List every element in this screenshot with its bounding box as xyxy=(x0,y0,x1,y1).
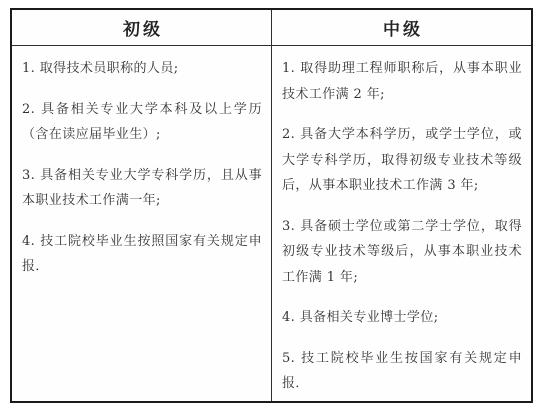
column-header-junior: 初级 xyxy=(12,10,271,46)
requirement-item: 3. 具备硕士学位或第二学士学位，取得初级专业技术等级后，从事本职业技术工作满 … xyxy=(282,214,522,291)
requirement-item: 1. 取得助理工程师职称后，从事本职业技术工作满 2 年; xyxy=(282,56,522,107)
requirement-item: 5. 技工院校毕业生按国家有关规定申报． xyxy=(282,346,522,397)
column-body-junior: 1. 取得技术员职称的人员; 2. 具备相关专业大学本科及以上学历（含在读应届毕… xyxy=(12,46,271,401)
requirement-item: 2. 具备相关专业大学本科及以上学历（含在读应届毕业生）; xyxy=(22,97,262,148)
column-junior: 初级 1. 取得技术员职称的人员; 2. 具备相关专业大学本科及以上学历（含在读… xyxy=(12,10,271,401)
qualification-table: 初级 1. 取得技术员职称的人员; 2. 具备相关专业大学本科及以上学历（含在读… xyxy=(10,8,533,403)
column-body-intermediate: 1. 取得助理工程师职称后，从事本职业技术工作满 2 年; 2. 具备大学本科学… xyxy=(272,46,531,401)
requirement-item: 4. 具备相关专业博士学位; xyxy=(282,305,522,331)
requirement-item: 3. 具备相关专业大学专科学历，且从事本职业技术工作满一年; xyxy=(22,163,262,214)
column-header-intermediate: 中级 xyxy=(272,10,531,46)
column-intermediate: 中级 1. 取得助理工程师职称后，从事本职业技术工作满 2 年; 2. 具备大学… xyxy=(271,10,531,401)
requirement-item: 1. 取得技术员职称的人员; xyxy=(22,56,262,82)
requirement-item: 2. 具备大学本科学历，或学士学位，或大学专科学历，取得初级专业技术等级后，从事… xyxy=(282,122,522,199)
requirement-item: 4. 技工院校毕业生按照国家有关规定申报． xyxy=(22,229,262,280)
